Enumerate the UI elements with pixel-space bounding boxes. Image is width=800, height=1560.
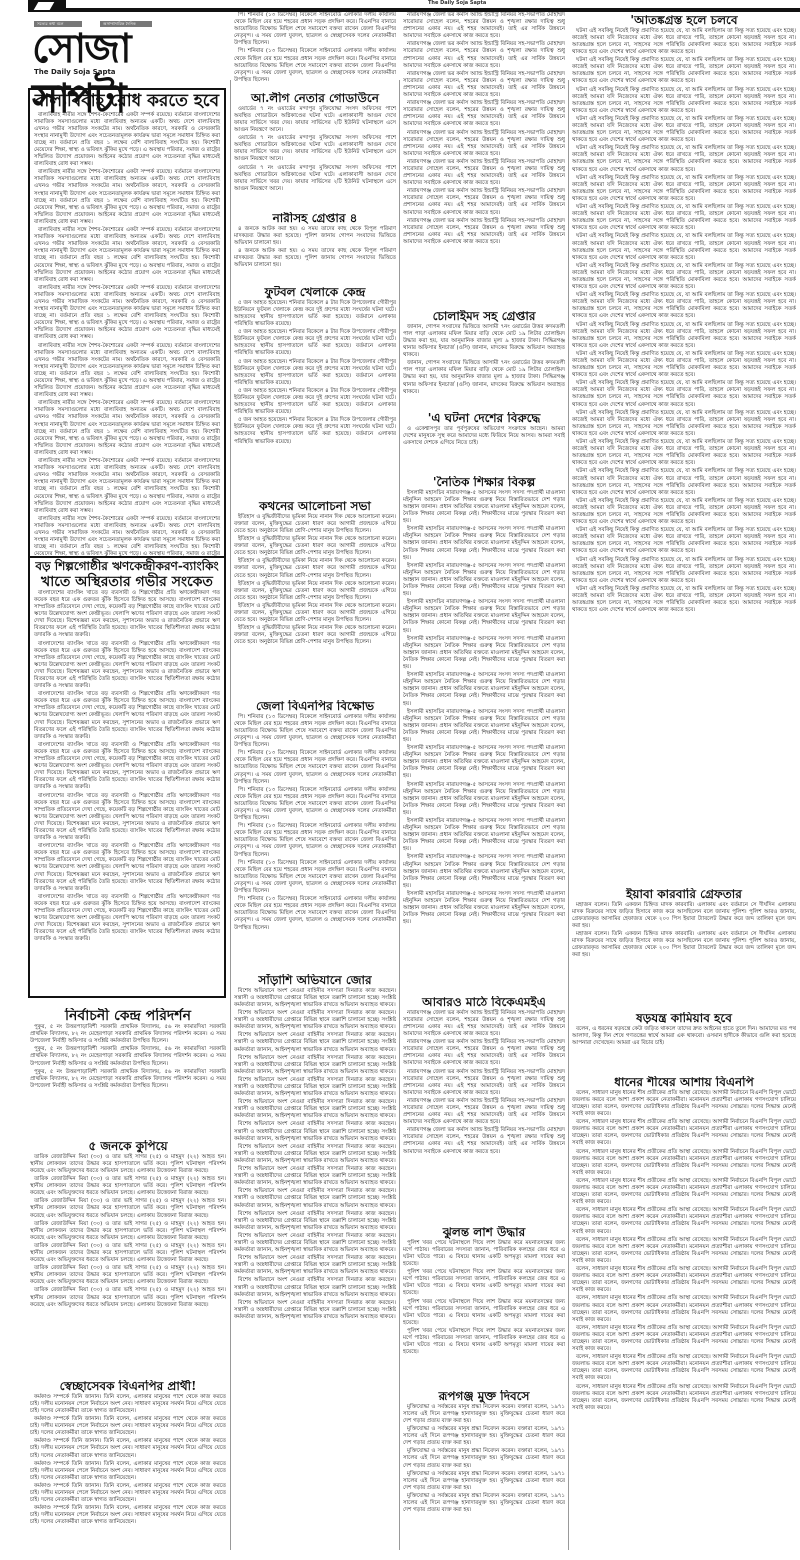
- column-divider: [399, 80, 400, 1550]
- headline-line2: খাতে অস্থিরতার গভীর সংকেত: [34, 574, 220, 590]
- headline: 'এ ঘটনা দেশের বিরুদ্ধে: [403, 412, 565, 426]
- headline: আ.লীগ নেতার গোডাউনে: [234, 92, 396, 106]
- headline: ৫ জনকে কুপিয়ে: [30, 1140, 226, 1154]
- article-body: বলেন, এ ধরনের ষড়যন্ত্রে কেউ জড়িত থাকলে…: [572, 1026, 796, 1047]
- article-body: ওয়ার্ডের ৭ নং ওয়ার্ডের মন্দাপুর মুক্তি…: [234, 106, 396, 193]
- article-body: ইসলামী মহাসচিব নারায়ণগঞ্জ-৫ আসনের সংসদ …: [403, 490, 565, 927]
- article-continuation-col3[interactable]: নারায়ণগঞ্জ জেলা ভর কর্মাস অ্যান্ড ইন্ডা…: [403, 12, 565, 308]
- article-body: মুক্তিযোদ্ধা ও সর্বস্তরের মানুষ শ্রদ্ধা …: [403, 1404, 565, 1514]
- article-body: ইতিহাস ও বুদ্ধিজীবীদের ভূমিকা নিয়ে নানা…: [234, 514, 396, 647]
- article-pincer-operation[interactable]: সাঁড়াশি অভিযানে জোর বিশেষ অভিযানে অংশ ন…: [234, 974, 396, 1560]
- article-body: পি। শনিবার (১৩ ডিসেম্বর) বিকেলে সাইনবোর্…: [234, 714, 396, 932]
- article-rupganj-liberation-day[interactable]: রূপগঞ্জ মুক্ত দিবসে মুক্তিযোদ্ধা ও সর্বস…: [403, 1390, 565, 1560]
- logo-mark-icon: [34, 2, 55, 10]
- headline: ফুটবল খেলাকে কেন্দ্র: [234, 286, 396, 300]
- headline: বাল্যবিবাহ রোধ করতে হবে: [34, 92, 220, 112]
- logo-corner: [28, 0, 66, 12]
- headline: 'আতঙ্কগ্রস্ত হলে চলবে: [572, 14, 796, 28]
- article-body: বিশেষ অভিযানে অংশ নেওয়া বাহিনীর সদস্যরা…: [234, 988, 396, 1321]
- headline: আবারও মাঠে বিকেএমইএ: [403, 996, 565, 1010]
- article-paddy-bnp[interactable]: ধানের শীষের আশায় বিএনপি বলেন, সাধারণ মা…: [572, 1076, 796, 1560]
- article-body: ঘটনা এই সবকিছু নিয়েই কিন্তু প্রমাণিত হয…: [572, 28, 796, 615]
- article-body: তারিক রেজাউদ্দিন মিয়া (৩০) ও তার ভাই সা…: [30, 1154, 226, 1309]
- article-body: বাংলাদেশের ব্যাংকিং খাতে বড় ব্যবসায়ী ও…: [34, 590, 220, 944]
- article-bkmea-field[interactable]: আবারও মাঠে বিকেএমইএ নারায়ণগঞ্জ জেলা ভর …: [403, 996, 565, 1222]
- article-body: ও একেশ্বাসপুর তার পূর্বপুরুষের অভিযোগ সং…: [403, 426, 565, 447]
- headline: 'নৈতিক শিক্ষার বিকল্প: [403, 476, 565, 490]
- article-body: বাল্যবিবাহ নারীর সঙ্গে শৈশব-কৈশোরের একটা…: [34, 112, 220, 558]
- article-body: বলেন, সাধারণ মানুষ ধানের শীষ প্রতীকের প্…: [572, 1090, 796, 1412]
- headline: ঝুলন্ত লাশ উদ্ধার: [403, 1226, 565, 1240]
- article-al-leader-warehouse[interactable]: আ.লীগ নেতার গোডাউনে ওয়ার্ডের ৭ নং ওয়ার…: [234, 92, 396, 210]
- top-banner: The Daily Soja Sapta: [28, 0, 800, 12]
- article-body: মহাজন বলেন। তিনি একজন চিহ্নিত মাদক কারবা…: [572, 902, 796, 960]
- article-liquor-arrest[interactable]: চোলাইমদ সহ গ্রেপ্তার জানান, গোপন সংবাদের…: [403, 310, 565, 410]
- article-terror-hit[interactable]: 'আতঙ্কগ্রস্ত হলে চলবে ঘটনা এই সবকিছু নিয…: [572, 14, 796, 884]
- article-volunteer-bnp[interactable]: স্বেচ্ছাসেবক বিএনপির প্রার্থী! কর্মকাণ্ড…: [30, 1380, 226, 1560]
- article-body: ৫ জন আহত হয়েছেন। শনিবার বিকেলে ৪ টার দি…: [234, 300, 396, 446]
- headline: জেলা বিএনপির বিক্ষোভ: [234, 700, 396, 714]
- article-body: নারায়ণগঞ্জ জেলা ভর কর্মাস অ্যান্ড ইন্ডা…: [403, 12, 565, 246]
- headline: ধানের শীষের আশায় বিএনপি: [572, 1076, 796, 1090]
- article-kushtia-attack[interactable]: ৫ জনকে কুপিয়ে তারিক রেজাউদ্দিন মিয়া (৩…: [30, 1140, 226, 1375]
- headline: ষড়যন্ত্র কামিয়াব হবে: [572, 1012, 796, 1026]
- article-district-bnp-protest[interactable]: জেলা বিএনপির বিক্ষোভ পি। শনিবার (১৩ ডিসে…: [234, 700, 396, 972]
- article-body: কর্মকাণ্ড সম্পর্কে তিনি জানান। তিনি বলেন…: [30, 1394, 226, 1527]
- article-moral-education[interactable]: 'নৈতিক শিক্ষার বিকল্প ইসলামী মহাসচিব নার…: [403, 476, 565, 992]
- article-seminar[interactable]: কথনের আলোচনা সভা ইতিহাস ও বুদ্ধিজীবীদের …: [234, 500, 396, 698]
- masthead: সত্যের কথা বলে অসাম্প্রদায়িক দৈনিক সোজা…: [28, 18, 223, 78]
- headline: কথনের আলোচনা সভা: [234, 500, 396, 514]
- article-body: পি। শনিবার (১৩ ডিসেম্বর) বিকেলে সাইনবোর্…: [234, 12, 396, 84]
- article-child-marriage[interactable]: বাল্যবিবাহ রোধ করতে হবে বাল্যবিবাহ নারীর…: [28, 88, 226, 558]
- headline: নির্বাচনী কেন্দ্র পরিদর্শন: [30, 1008, 226, 1024]
- article-banking-crisis[interactable]: বড় শিল্পগোষ্ঠীর ঋণকেন্দ্রীকরণ-ব্যাংকিং …: [28, 558, 226, 998]
- article-body: নারায়ণগঞ্জ জেলা ভর কর্মাস অ্যান্ড ইন্ডা…: [403, 1010, 565, 1156]
- column-divider: [230, 80, 231, 1550]
- article-against-country[interactable]: 'এ ঘটনা দেশের বিরুদ্ধে ও একেশ্বাসপুর তার…: [403, 412, 565, 474]
- headline: স্বেচ্ছাসেবক বিএনপির প্রার্থী!: [30, 1380, 226, 1394]
- article-football[interactable]: ফুটবল খেলাকে কেন্দ্র ৫ জন আহত হয়েছেন। শ…: [234, 286, 396, 498]
- article-body: ৪ জনকে আটক করা হয়। এ সময় তাদের কাছ থেক…: [234, 226, 396, 270]
- article-yaba-dealer[interactable]: ইয়াবা কারবারি গ্রেফতার মহাজন বলেন। তিনি…: [572, 888, 796, 1010]
- headline: ইয়াবা কারবারি গ্রেফতার: [572, 888, 796, 902]
- headline: চোলাইমদ সহ গ্রেপ্তার: [403, 310, 565, 324]
- article-election-centre[interactable]: নির্বাচনী কেন্দ্র পরিদর্শন পুকুর, ৫ নং উ…: [30, 1008, 226, 1136]
- article-body: পুলিশ খবর পেয়ে ঘটনাস্থলে গিয়ে লাশ উদ্ধ…: [403, 1240, 565, 1357]
- article-conspiracy[interactable]: ষড়যন্ত্র কামিয়াব হবে বলেন, এ ধরনের ষড়…: [572, 1012, 796, 1074]
- masthead-subtitle: The Daily Soja Sapta: [34, 68, 116, 76]
- article-women-arrested[interactable]: নারীসহ গ্রেপ্তার ৪ ৪ জনকে আটক করা হয়। এ…: [234, 212, 396, 284]
- headline: রূপগঞ্জ মুক্ত দিবসে: [403, 1390, 565, 1404]
- headline-line1: বড় শিল্পগোষ্ঠীর ঋণকেন্দ্রীকরণ-ব্যাংকিং: [34, 560, 220, 574]
- headline: নারীসহ গ্রেপ্তার ৪: [234, 212, 396, 226]
- column-divider: [568, 80, 569, 1550]
- article-body: জানান, গোপন সংবাদের ভিত্তিতে আসামী ৭নং ও…: [403, 324, 565, 396]
- headline: সাঁড়াশি অভিযানে জোর: [234, 974, 396, 988]
- article-continuation-top[interactable]: পি। শনিবার (১৩ ডিসেম্বর) বিকেলে সাইনবোর্…: [234, 12, 396, 88]
- banner-english-title: The Daily Soja Sapta: [428, 0, 486, 6]
- article-body: পুকুর, ৫ নং উত্তরপাড়াবিশী সরকারি প্রাথম…: [30, 1024, 226, 1090]
- article-hanging-body[interactable]: ঝুলন্ত লাশ উদ্ধার পুলিশ খবর পেয়ে ঘটনাস্…: [403, 1226, 565, 1386]
